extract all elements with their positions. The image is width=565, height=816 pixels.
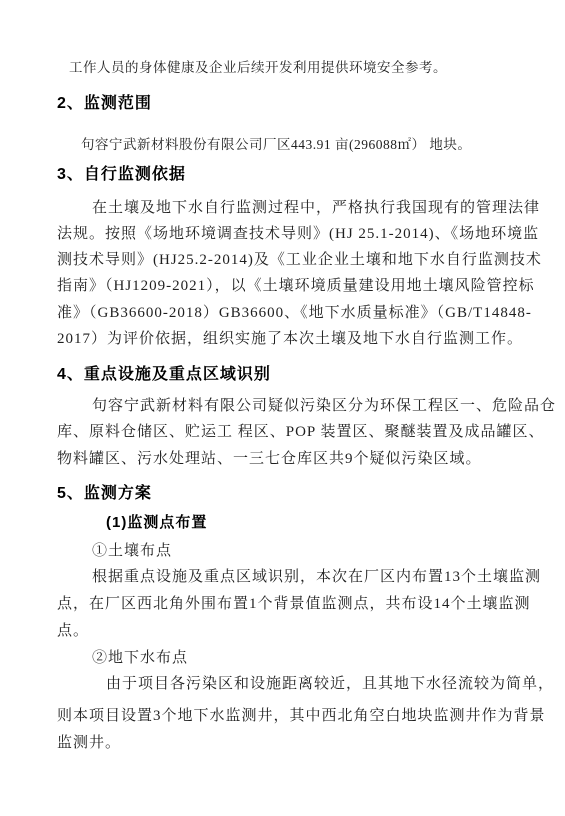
groundwater-points-heading: ②地下水布点 <box>92 646 188 667</box>
section-3-heading: 3、自行监测依据 <box>57 161 186 184</box>
soil-points-heading: ①土壤布点 <box>92 539 172 560</box>
section-4-line-3: 物料罐区、污水处理站、一三七仓库区共9个疑似污染区域。 <box>57 447 482 468</box>
section-4-line-2: 库、原料仓储区、贮运工 程区、POP 装置区、聚醚装置及成品罐区、 <box>57 420 544 441</box>
section-3-line-5: 准》（GB36600-2018）GB36600、《地下水质量标准》（GB/T14… <box>57 301 532 322</box>
section-2-body-line: 句容宁武新材料股份有限公司厂区443.91 亩(296088㎡） 地块。 <box>81 133 471 153</box>
section-5-heading: 5、监测方案 <box>57 480 152 503</box>
section-4-line-1: 句容宁武新材料有限公司疑似污染区分为环保工程区一、危险品仓 <box>92 394 556 415</box>
section-3-line-2: 法规。按照《场地环境调查技术导则》(HJ 25.1-2014)、《场地环境监 <box>57 222 539 243</box>
section-3-line-4: 指南》（HJ1209-2021），以《土壤环境质量建设用地土壤风险管控标 <box>57 274 535 295</box>
soil-points-line-1: 根据重点设施及重点区域识别，本次在厂区内布置13个土壤监测 <box>92 565 541 586</box>
document-page: 工作人员的身体健康及企业后续开发利用提供环境安全参考。 2、监测范围 句容宁武新… <box>0 0 565 816</box>
section-3-line-3: 测技术导则》(HJ25.2-2014)及《工业企业土壤和地下水自行监测技术 <box>57 248 542 269</box>
section-4-heading: 4、重点设施及重点区域识别 <box>57 361 271 384</box>
groundwater-points-line-3: 监测井。 <box>57 731 121 752</box>
soil-points-line-2: 点，在厂区西北角外围布置1个背景值监测点，共布设14个土壤监测 <box>57 592 531 613</box>
section-3-line-1: 在土壤及地下水自行监测过程中，严格执行我国现有的管理法律 <box>92 196 540 217</box>
section-3-line-6: 2017）为评价依据，组织实施了本次土壤及地下水自行监测工作。 <box>57 327 523 348</box>
soil-points-line-3: 点。 <box>57 619 89 640</box>
groundwater-points-line-1: 由于项目各污染区和设施距离较近，且其地下水径流较为简单， <box>106 672 554 693</box>
section-2-heading: 2、监测范围 <box>57 90 152 113</box>
groundwater-points-line-2: 则本项目设置3个地下水监测井，其中西北角空白地块监测井作为背景 <box>57 704 546 725</box>
section-5-sub1-heading: (1)监测点布置 <box>106 511 207 532</box>
intro-tail-line: 工作人员的身体健康及企业后续开发利用提供环境安全参考。 <box>69 56 447 76</box>
